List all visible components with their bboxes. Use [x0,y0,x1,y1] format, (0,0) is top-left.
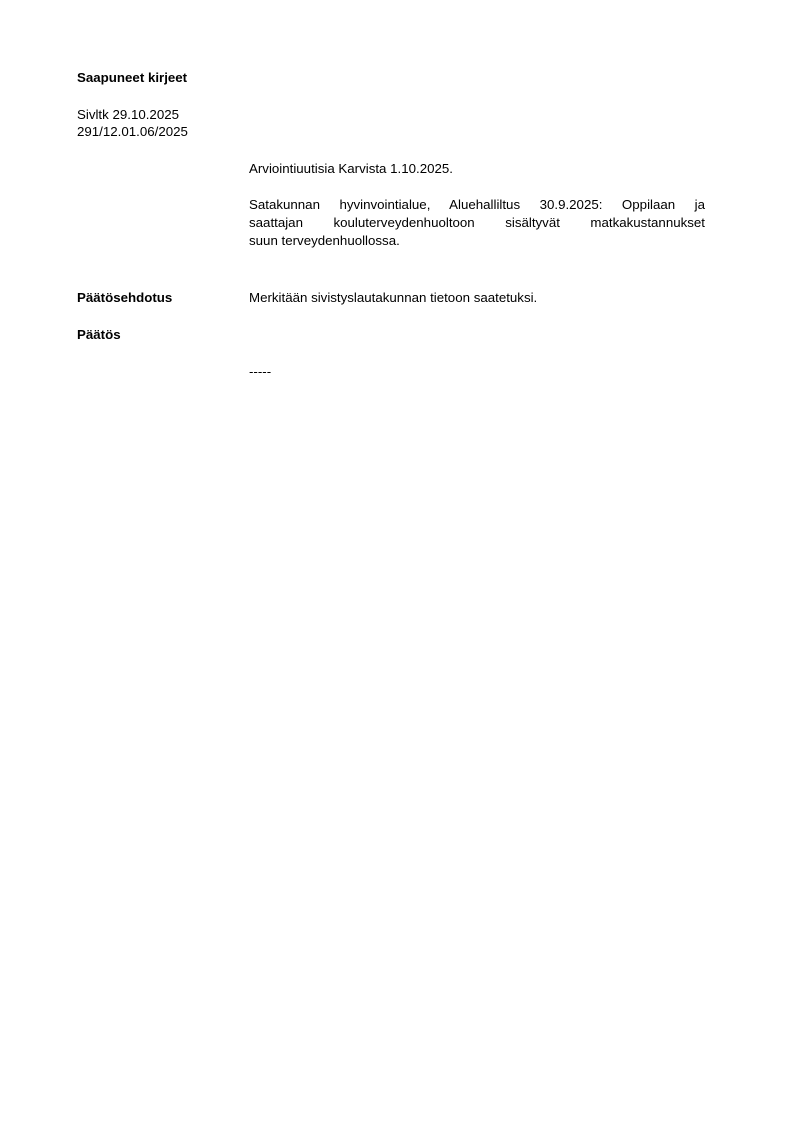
decision-text: ----- [249,363,271,380]
reference-date: Sivltk 29.10.2025 [77,106,179,123]
letter-item-line: Satakunnan hyvinvointialue, Aluehalliltu… [249,196,705,214]
proposal-label: Päätösehdotus [77,289,172,306]
section-heading: Saapuneet kirjeet [77,69,187,86]
decision-label: Päätös [77,326,121,343]
letter-item-line: suun terveydenhuollossa. [249,232,705,250]
letter-item-evaluation-news: Arviointiuutisia Karvista 1.10.2025. [249,160,453,177]
letter-item-line: saattajan kouluterveydenhuoltoon sisälty… [249,214,705,232]
reference-number: 291/12.01.06/2025 [77,123,188,140]
letter-item-wellbeing-area: Satakunnan hyvinvointialue, Aluehalliltu… [249,196,705,250]
proposal-text: Merkitään sivistyslautakunnan tietoon sa… [249,289,537,306]
